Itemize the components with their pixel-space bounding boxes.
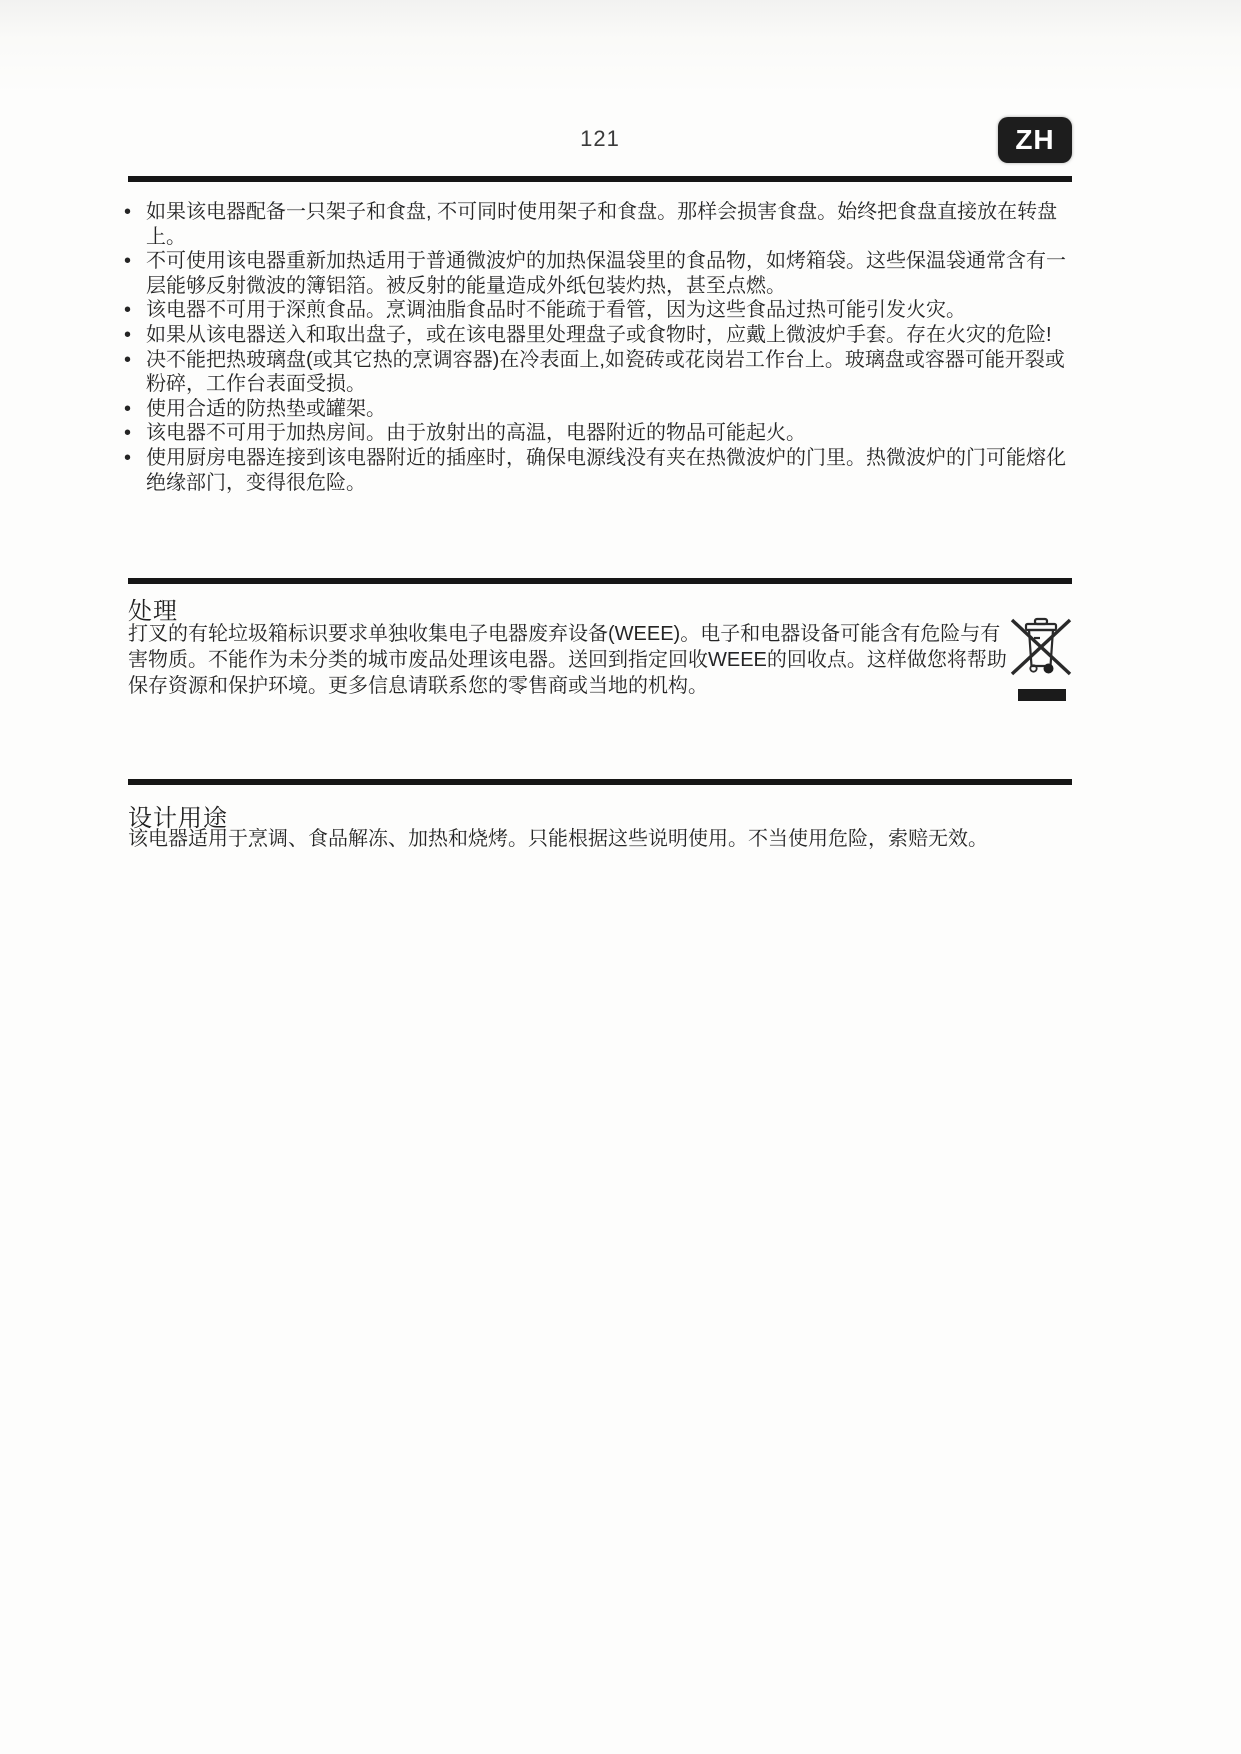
- header-rule: [128, 176, 1072, 182]
- weee-separate-collection-bar: [1018, 689, 1066, 701]
- safety-bullet-text: 使用厨房电器连接到该电器附近的插座时，确保电源线没有夹在热微波炉的门里。热微波炉…: [146, 447, 1066, 494]
- disposal-paragraph: 打叉的有轮垃圾箱标识要求单独收集电子电器废弃设备(WEEE)。电子和电器设备可能…: [128, 621, 1016, 699]
- safety-bullet-item: • 使用厨房电器连接到该电器附近的插座时，确保电源线没有夹在热微波炉的门里。热微…: [124, 446, 1074, 495]
- bullet-marker: •: [124, 421, 140, 446]
- safety-bullet-text: 该电器不可用于加热房间。由于放射出的高温，电器附近的物品可能起火。: [146, 422, 806, 444]
- bullet-marker: •: [124, 348, 140, 373]
- safety-bullet-text: 决不能把热玻璃盘(或其它热的烹调容器)在冷表面上,如瓷砖或花岗岩工作台上。玻璃盘…: [146, 349, 1065, 396]
- safety-bullet-item: • 该电器不可用于深煎食品。烹调油脂食品时不能疏于看管，因为这些食品过热可能引发…: [124, 298, 1074, 323]
- safety-bullet-list: • 如果该电器配备一只架子和食盘, 不可同时使用架子和食盘。那样会损害食盘。始终…: [124, 200, 1074, 495]
- bullet-marker: •: [124, 446, 140, 471]
- safety-bullet-text: 该电器不可用于深煎食品。烹调油脂食品时不能疏于看管，因为这些食品过热可能引发火灾…: [146, 299, 966, 321]
- safety-bullet-text: 如果该电器配备一只架子和食盘, 不可同时使用架子和食盘。那样会损害食盘。始终把食…: [146, 201, 1057, 248]
- safety-bullet-item: • 该电器不可用于加热房间。由于放射出的高温，电器附近的物品可能起火。: [124, 421, 1074, 446]
- safety-bullet-item: • 不可使用该电器重新加热适用于普通微波炉的加热保温袋里的食品物，如烤箱袋。这些…: [124, 249, 1074, 298]
- bullet-marker: •: [124, 298, 140, 323]
- bullet-marker: •: [124, 200, 140, 225]
- safety-bullet-text: 不可使用该电器重新加热适用于普通微波炉的加热保温袋里的食品物，如烤箱袋。这些保温…: [146, 250, 1066, 297]
- bullet-marker: •: [124, 249, 140, 274]
- disposal-section-divider: [128, 578, 1072, 584]
- weee-crossed-bin-icon: [1006, 616, 1076, 678]
- safety-bullet-item: • 决不能把热玻璃盘(或其它热的烹调容器)在冷表面上,如瓷砖或花岗岩工作台上。玻…: [124, 348, 1074, 397]
- language-badge: ZH: [998, 117, 1072, 163]
- intended-use-paragraph: 该电器适用于烹调、食品解冻、加热和烧烤。只能根据这些说明使用。不当使用危险，索赔…: [128, 827, 1020, 852]
- manual-page: 121 ZH • 如果该电器配备一只架子和食盘, 不可同时使用架子和食盘。那样会…: [0, 0, 1241, 1754]
- safety-bullet-text: 使用合适的防热垫或罐架。: [146, 398, 386, 420]
- safety-bullet-item: • 如果该电器配备一只架子和食盘, 不可同时使用架子和食盘。那样会损害食盘。始终…: [124, 200, 1074, 249]
- bullet-marker: •: [124, 397, 140, 422]
- page-number: 121: [128, 126, 1072, 152]
- safety-bullet-item: • 使用合适的防热垫或罐架。: [124, 397, 1074, 422]
- safety-bullet-text: 如果从该电器送入和取出盘子，或在该电器里处理盘子或食物时，应戴上微波炉手套。存在…: [146, 324, 1052, 346]
- intended-use-section-divider: [128, 779, 1072, 785]
- bullet-marker: •: [124, 323, 140, 348]
- safety-bullet-item: • 如果从该电器送入和取出盘子，或在该电器里处理盘子或食物时，应戴上微波炉手套。…: [124, 323, 1074, 348]
